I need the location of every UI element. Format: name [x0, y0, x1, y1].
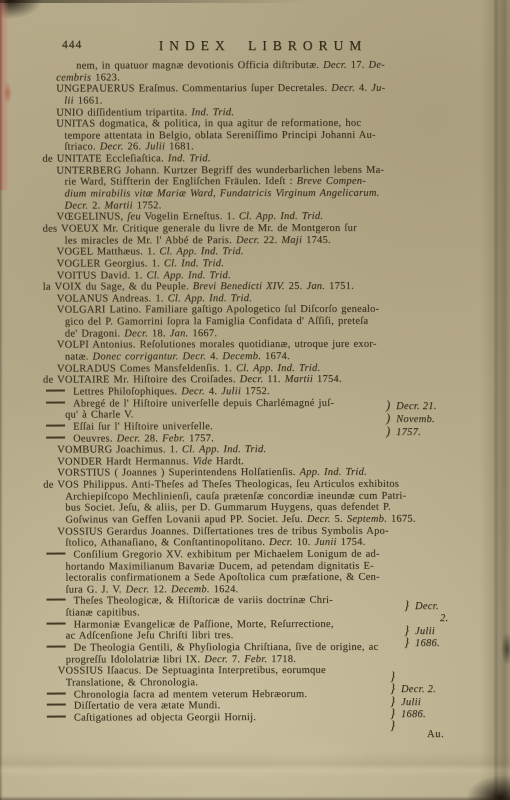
index-entry-line: Decr. 2. Martii 1752.: [64, 199, 470, 212]
brace-mark: ): [386, 424, 390, 438]
ditto-dash-mark: [47, 692, 66, 694]
ditto-dash-mark: [47, 715, 66, 717]
decree-date-text: 1757.: [396, 427, 421, 438]
ditto-dash-mark: [46, 436, 65, 438]
paper-stain: [250, 735, 370, 775]
index-entry-line: ſtolico, Athanaſiano, & Conſtantinopolit…: [65, 537, 471, 550]
index-entry-line: progreſſu Idololatriæ libri IX. Decr. 7.…: [66, 653, 472, 666]
index-entry-line: bus Societ. Jeſu, & aliis, per D. Gummar…: [65, 502, 471, 515]
scan-edge-blot: [501, 632, 510, 666]
index-entry-line: natæ. Donec corrigantur. Decr. 4. Decemb…: [65, 350, 471, 363]
index-entry-line: ſtriaco. Decr. 26. Julii 1681.: [64, 141, 470, 154]
scan-edge-red-mark: [3, 82, 12, 104]
ditto-dash-mark: [46, 424, 65, 426]
decree-date-text: 2.: [440, 613, 448, 624]
ditto-dash-mark: [46, 401, 65, 403]
scan-edge-top: [0, 0, 306, 3]
index-entry-line: Archiepiſcopo Mechlinienſi, cauſa præten…: [65, 490, 471, 503]
ditto-dash-mark: [47, 622, 66, 624]
scan-edge-left: [0, 0, 3, 800]
book-page-scan: 444 INDEX LIBRORUM nem, in quatuor magnæ…: [0, 0, 510, 800]
catchword: Au.: [427, 729, 444, 740]
index-entry-line: lectoralis confirmationem a Sede Apoſtol…: [65, 572, 471, 585]
index-entry-line: rie Ward, Stiffterin der Engliſchen Fräu…: [64, 176, 470, 189]
index-entry-line: lii 1661.: [64, 94, 470, 107]
brace-mark: }: [404, 635, 409, 649]
page-header: 444 INDEX LIBRORUM: [57, 38, 469, 54]
ditto-dash-mark: [47, 704, 66, 706]
page-gutter-crease: [495, 0, 497, 800]
index-entry-line: Goſwinus van Geffen Lovanii apud PP. Soc…: [65, 513, 471, 526]
ditto-dash-mark: [47, 599, 66, 601]
ditto-dash-mark: [46, 552, 65, 554]
decree-brace-group: }}Decr. 2.}Julii}1686.}: [390, 667, 436, 728]
index-entry-line: les miracles de Mr. l' Abbé de Paris. De…: [65, 234, 471, 247]
decree-brace-group: }Decr.2.}Julii}1686.: [404, 596, 448, 646]
index-entry-line: nem, in quatuor magnæ devotionis Officia…: [76, 59, 470, 72]
decree-date-text: 1686.: [401, 709, 426, 720]
index-entry-line: hortando Maximilianum Bavariæ Ducem, ad …: [65, 560, 471, 573]
ditto-dash-mark: [46, 389, 65, 391]
index-entry-line: dium mirabilis vitæ Mariæ Ward, Fundatri…: [64, 188, 470, 201]
page-title: INDEX LIBRORUM: [57, 38, 469, 54]
index-entry-line: gico del P. Gamorrini ſopra la Famiglia …: [65, 316, 471, 329]
brace-mark: }: [390, 718, 395, 732]
scan-edge-bottom: [0, 796, 510, 800]
index-entry-line: de' Dragoni. Decr. 18. Jan. 1667.: [65, 327, 471, 340]
decree-date-text: 1686.: [415, 638, 440, 649]
index-entry-line: tempore attentata in Belgio, oblata Sere…: [64, 129, 470, 142]
ditto-dash-mark: [47, 646, 66, 648]
decree-brace-group: )Decr. 21.)Novemb.)1757.: [386, 396, 437, 435]
